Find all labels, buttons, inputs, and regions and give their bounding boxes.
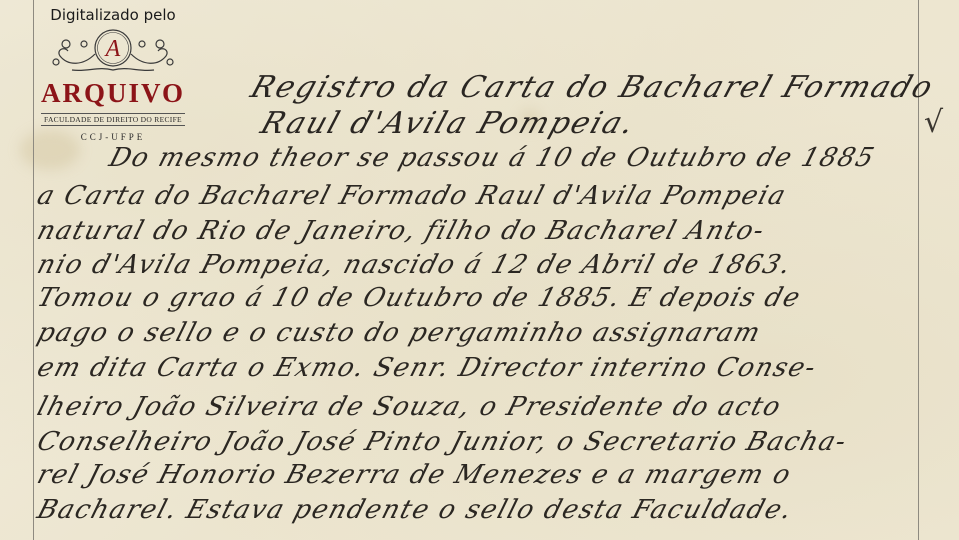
logo-caption: Digitalizado pelo (28, 6, 198, 24)
body-line-6: pago o sello e o custo do pergaminho ass… (34, 318, 765, 348)
logo-institution: CCJ-UFPE (28, 132, 198, 142)
body-line-3: natural do Rio de Janeiro, filho do Bach… (34, 216, 769, 246)
svg-text:A: A (104, 36, 121, 62)
archive-logo: Digitalizado pelo A ARQUIVO FACULDADE DE… (28, 2, 198, 142)
margin-check-mark: √ (924, 105, 943, 140)
document-title-line-2: Raul d'Avila Pompeia. (256, 106, 640, 141)
body-line-5: Tomou o grao á 10 de Outubro de 1885. E … (34, 283, 805, 313)
body-line-10: rel José Honorio Bezerra de Menezes e a … (34, 460, 795, 490)
body-line-8: lheiro João Silveira de Souza, o Preside… (34, 392, 785, 422)
body-line-7: em dita Carta o Exmo. Senr. Director int… (34, 353, 821, 383)
body-line-9: Conselheiro João José Pinto Junior, o Se… (34, 427, 851, 457)
body-line-2: a Carta do Bacharel Formado Raul d'Avila… (34, 181, 790, 211)
logo-title: ARQUIVO (28, 80, 198, 107)
body-line-11: Bacharel. Estava pendente o sello desta … (34, 495, 797, 525)
document-title-line-1: Registro da Carta do Bacharel Formado (246, 70, 938, 105)
ornament-icon: A (38, 26, 188, 78)
body-line-1: Do mesmo theor se passou á 10 de Outubro… (106, 143, 879, 173)
logo-subtitle: FACULDADE DE DIREITO DO RECIFE (41, 113, 185, 126)
logo-emblem: A (28, 26, 198, 78)
body-line-4: nio d'Avila Pompeia, nascido á 12 de Abr… (34, 250, 796, 280)
